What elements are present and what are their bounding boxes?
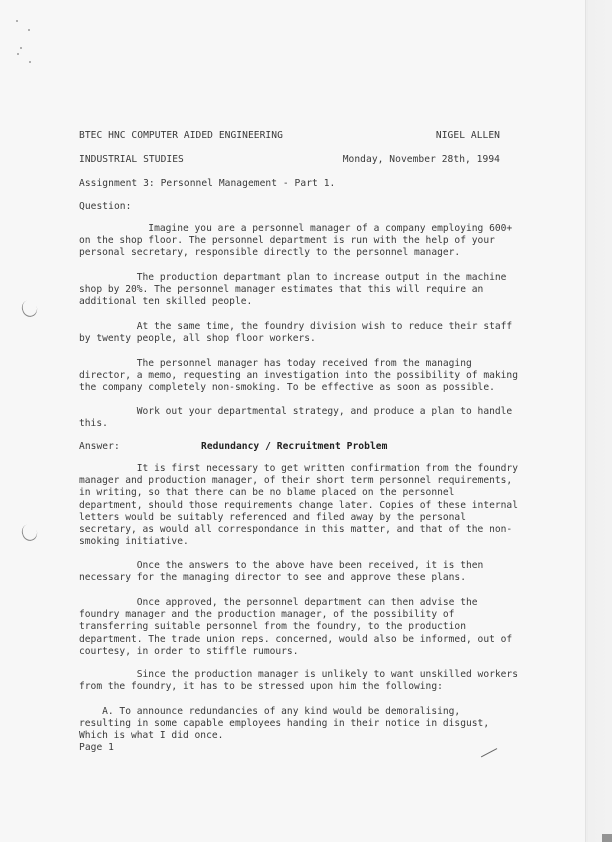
question-paragraph: Imagine you are a personnel manager of a… [79, 223, 512, 260]
punch-hole-mark [20, 298, 40, 319]
question-label: Question: [79, 201, 131, 213]
answer-heading: Redundancy / Recruitment Problem [201, 441, 387, 453]
author-name: NIGEL ALLEN [436, 130, 500, 142]
page-edge-shadow [585, 0, 612, 842]
speck [16, 20, 18, 22]
answer-paragraph: Since the production manager is unlikely… [79, 669, 518, 693]
page-number: Page 1 [79, 742, 114, 754]
question-paragraph: Work out your departmental strategy, and… [79, 406, 512, 430]
handwritten-pen-stroke [481, 748, 499, 761]
answer-label: Answer: [79, 441, 120, 453]
assignment-title: Assignment 3: Personnel Management - Par… [79, 178, 335, 190]
speck [20, 47, 22, 49]
answer-paragraph: Once approved, the personnel department … [79, 597, 512, 658]
speck [28, 29, 30, 31]
punch-hole-mark [20, 522, 40, 543]
date: Monday, November 28th, 1994 [343, 154, 500, 166]
page-corner-shadow [602, 834, 612, 842]
question-paragraph: The personnel manager has today received… [79, 358, 518, 395]
question-paragraph: The production departmant plan to increa… [79, 272, 506, 309]
speck [29, 61, 31, 63]
answer-paragraph: Once the answers to the above have been … [79, 560, 483, 584]
speck [17, 53, 19, 55]
answer-paragraph: It is first necessary to get written con… [79, 463, 518, 548]
answer-list-item-a: A. To announce redundancies of any kind … [79, 706, 489, 743]
subject: INDUSTRIAL STUDIES [79, 154, 184, 166]
question-paragraph: At the same time, the foundry division w… [79, 321, 512, 345]
course-title: BTEC HNC COMPUTER AIDED ENGINEERING [79, 130, 283, 142]
